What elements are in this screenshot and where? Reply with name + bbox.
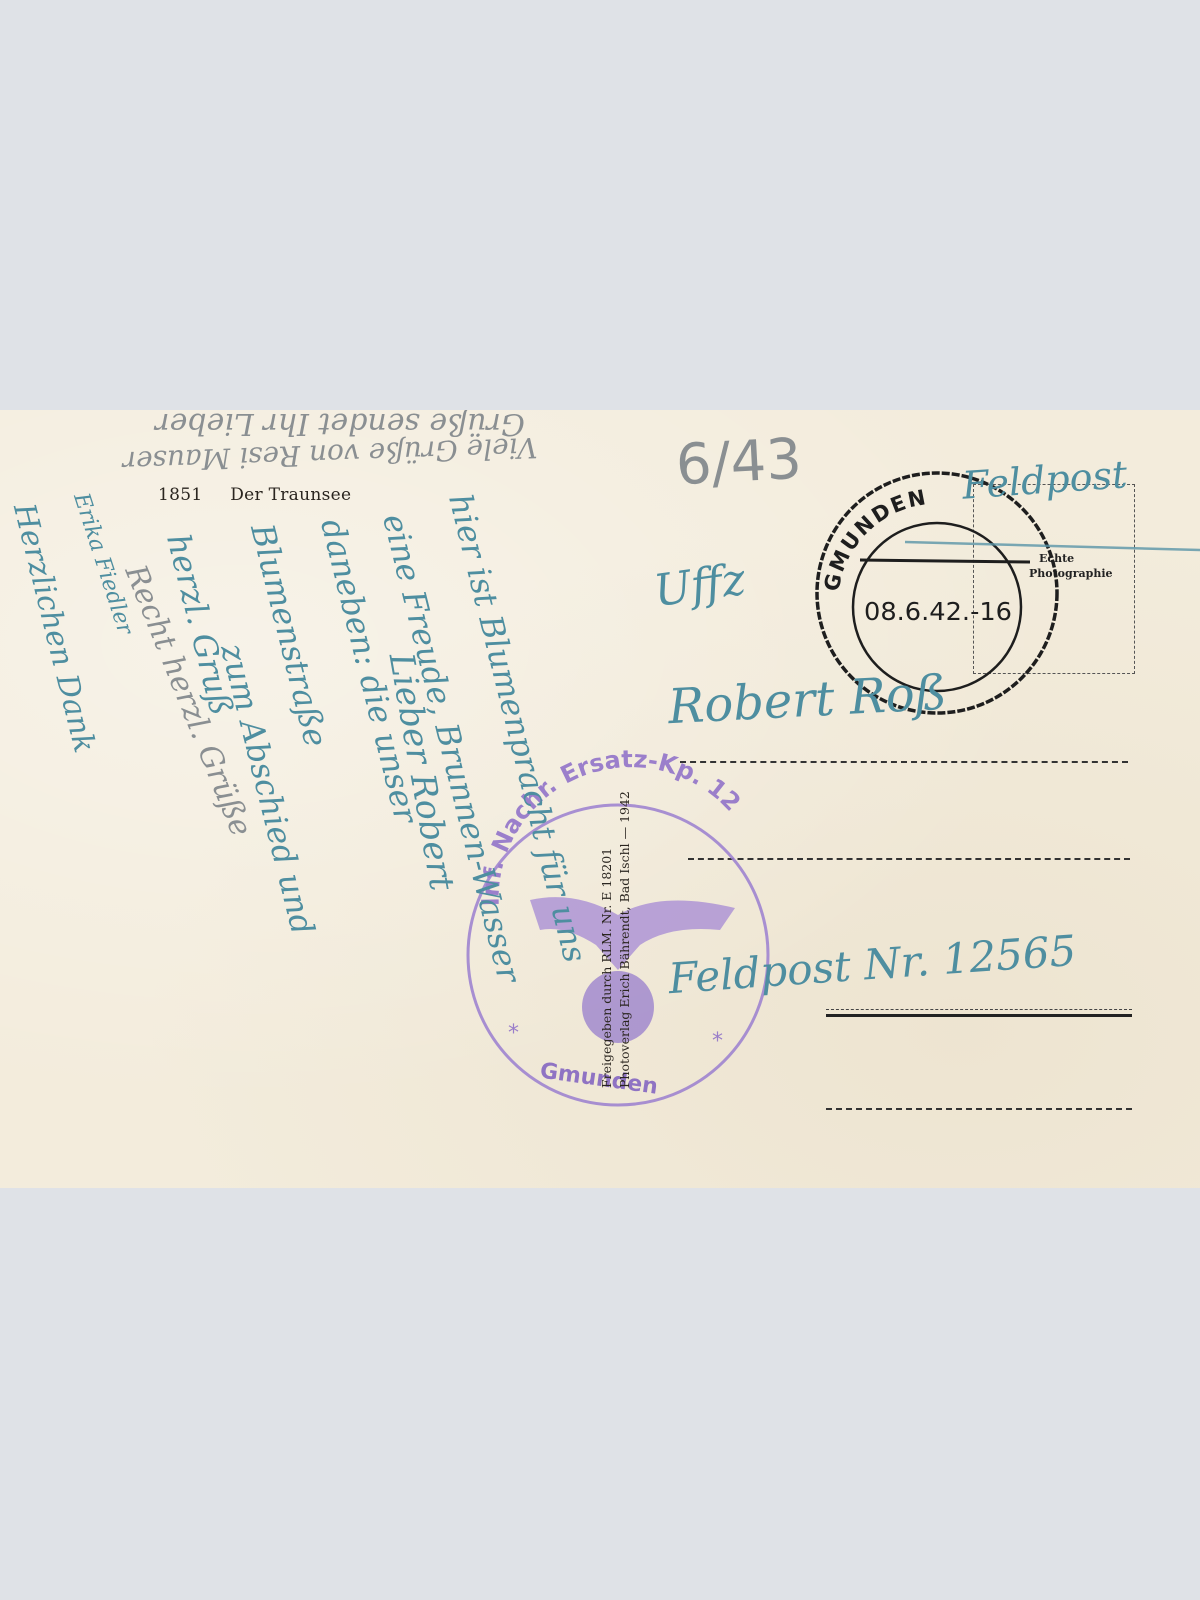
svg-text:*: * (712, 1029, 723, 1054)
postmark-date: 08.6.42.-16 (864, 597, 1012, 626)
imprint-line-2: Photoverlag Erich Bährendt, Bad Ischl — … (616, 628, 634, 1088)
postmark-town: GMUNDEN (820, 485, 930, 593)
pencil-note: 6/43 (674, 427, 803, 498)
svg-text:*: * (508, 1021, 519, 1046)
imprint-line-1: Freigegeben durch RLM. Nr. E 18201 (598, 628, 616, 1088)
publisher-imprint: Freigegeben durch RLM. Nr. E 18201 Photo… (598, 628, 638, 1088)
postcard: 1851 Der Traunsee Echte Photographie Inf… (0, 410, 1200, 1188)
